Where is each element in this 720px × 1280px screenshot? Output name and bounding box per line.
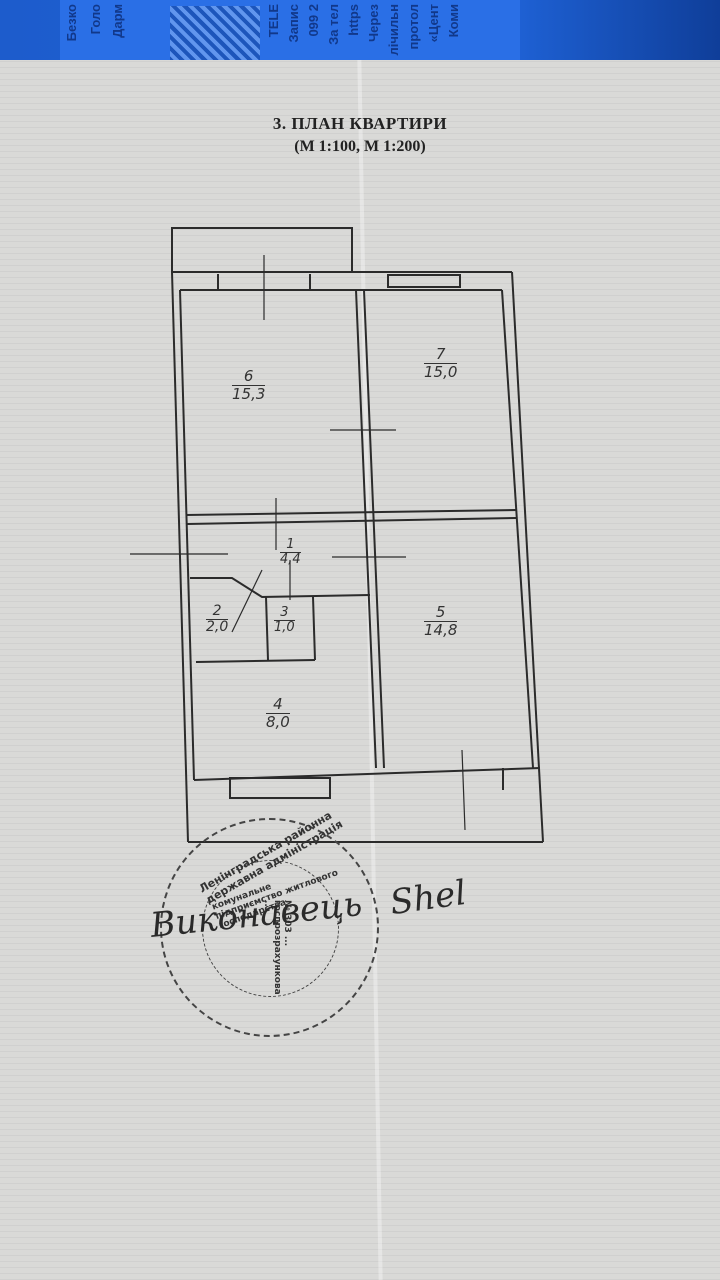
room-number: 6 [232,368,265,386]
room-1: 1 4,4 [280,538,301,568]
room-area: 15,0 [424,364,457,381]
room-number: 5 [424,604,457,622]
room-number: 3 [274,606,295,621]
floor-plan [0,0,720,1280]
room-number: 4 [266,696,290,714]
room-number: 2 [206,604,228,620]
room-3: 3 1,0 [274,606,295,636]
room-area: 1,0 [274,621,295,635]
room-2: 2 2,0 [206,604,228,636]
room-6: 6 15,3 [232,368,265,402]
room-area: 8,0 [266,714,290,731]
room-number: 1 [280,538,301,553]
room-number: 7 [424,346,457,364]
room-area: 2,0 [206,620,228,635]
room-area: 14,8 [424,622,457,639]
room-area: 15,3 [232,386,265,403]
room-5: 5 14,8 [424,604,457,638]
room-4: 4 8,0 [266,696,290,730]
room-area: 4,4 [280,553,301,567]
room-7: 7 15,0 [424,346,457,380]
